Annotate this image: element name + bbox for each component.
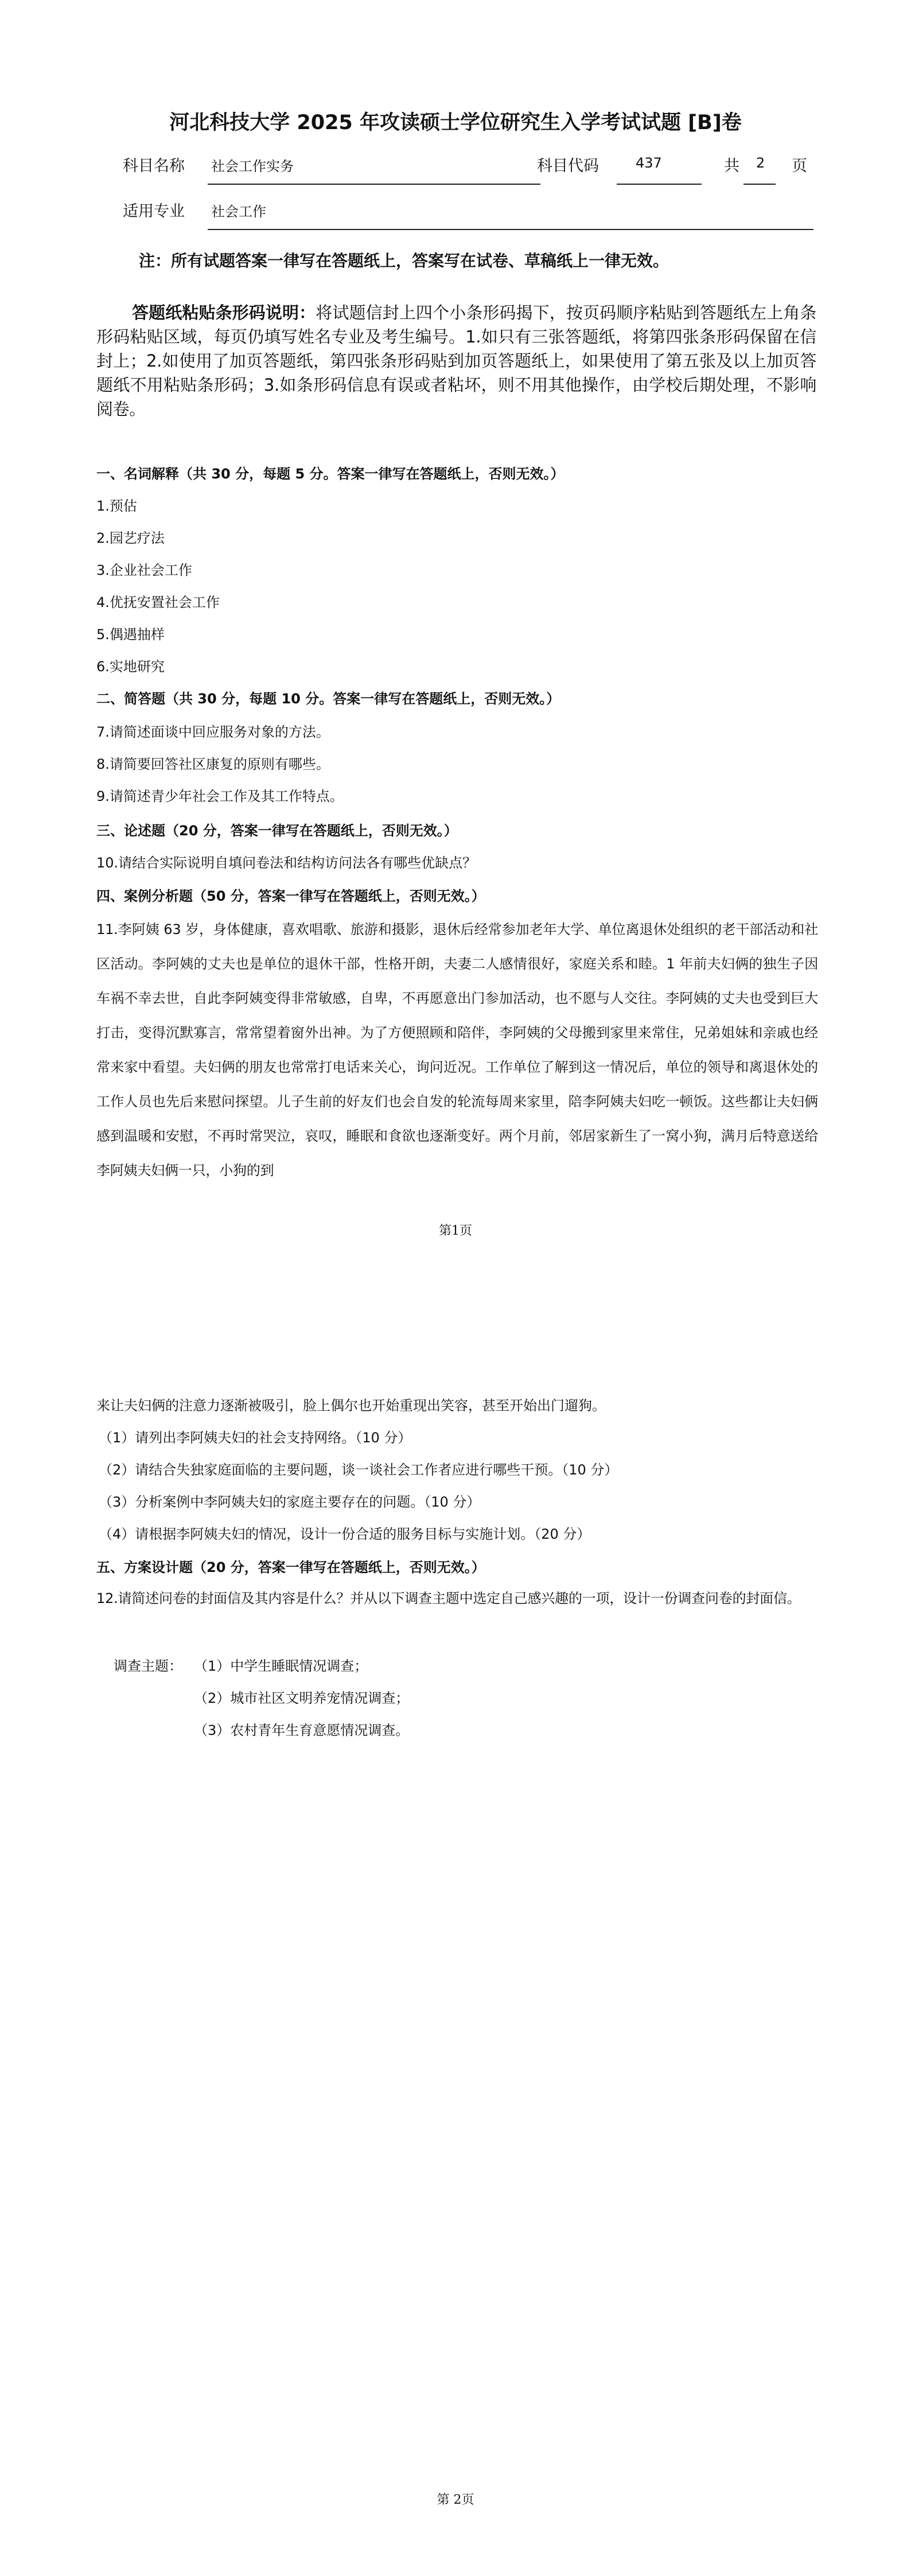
survey-topic-item: （1）中学生睡眠情况调查； — [194, 1655, 368, 1675]
survey-topic-item: （2）城市社区文明养宠情况调查； — [194, 1687, 409, 1707]
survey-topics-label: 调查主题： — [114, 1655, 182, 1675]
short-answer-item: 8.请简要回答社区康复的原则有哪些。 — [96, 753, 330, 773]
case-subquestion: （1）请列出李阿姨夫妇的社会支持网络。（10 分） — [99, 1426, 411, 1446]
barcode-heading: 答题纸粘贴条形码说明： — [132, 303, 316, 322]
section-5-heading: 五、方案设计题（20 分，答案一律写在答题纸上，否则无效。） — [96, 1556, 485, 1576]
case-subquestion: （4）请根据李阿姨夫妇的情况，设计一份合适的服务目标与实施计划。（20 分） — [99, 1523, 590, 1543]
short-answer-item: 7.请简述面谈中回应服务对象的方法。 — [96, 721, 330, 741]
case-subquestion: （3）分析案例中李阿姨夫妇的家庭主要存在的问题。（10 分） — [99, 1491, 480, 1511]
case-paragraph-page2: 来让夫妇俩的注意力逐渐被吸引，脸上偶尔也开始重现出笑容，甚至开始出门遛狗。 — [96, 1394, 606, 1414]
short-answer-item: 9.请简述青少年社会工作及其工作特点。 — [96, 785, 344, 805]
term-item: 4.优抚安置社会工作 — [96, 591, 220, 611]
page-number-1: 第1页 — [0, 1221, 911, 1239]
section-3-heading: 三、论述题（20 分，答案一律写在答题纸上，否则无效。） — [96, 819, 458, 839]
section-4-heading: 四、案例分析题（50 分，答案一律写在答题纸上，否则无效。） — [96, 885, 485, 905]
term-item: 1.预估 — [96, 495, 137, 515]
total-pages-prefix: 共 — [724, 153, 739, 176]
term-item: 3.企业社会工作 — [96, 559, 192, 579]
subject-code-underline — [617, 184, 702, 185]
major-underline — [208, 229, 813, 230]
section-1-heading: 一、名词解释（共 30 分，每题 5 分。答案一律写在答题纸上，否则无效。） — [96, 462, 564, 482]
answer-note: 注：所有试题答案一律写在答题纸上，答案写在试卷、草稿纸上一律无效。 — [139, 248, 669, 271]
page-number-2: 第 2页 — [0, 2490, 911, 2508]
exam-title: 河北科技大学 2025 年攻读硕士学位研究生入学考试试题 [B]卷 — [0, 107, 911, 135]
essay-item: 10.请结合实际说明自填问卷法和结构访问法各有哪些优缺点？ — [96, 851, 476, 871]
term-item: 5.偶遇抽样 — [96, 623, 165, 643]
major-label: 适用专业 — [123, 199, 185, 221]
term-item: 6.实地研究 — [96, 655, 165, 675]
subject-code-value: 437 — [636, 155, 662, 171]
major-value: 社会工作 — [211, 200, 266, 220]
total-pages-value: 2 — [756, 155, 765, 171]
term-item: 2.园艺疗法 — [96, 527, 165, 547]
section-2-heading: 二、简答题（共 30 分，每题 10 分。答案一律写在答题纸上，否则无效。） — [96, 687, 560, 707]
subject-name-value: 社会工作实务 — [211, 155, 294, 175]
survey-topic-item: （3）农村青年生育意愿情况调查。 — [194, 1719, 409, 1739]
design-question: 12.请简述问卷的封面信及其内容是什么？并从以下调查主题中选定自己感兴趣的一项，… — [96, 1581, 818, 1616]
barcode-instructions: 答题纸粘贴条形码说明：将试题信封上四个小条形码揭下，按页码顺序粘贴到答题纸左上角… — [96, 301, 816, 421]
case-paragraph-page1: 11.李阿姨 63 岁，身体健康，喜欢唱歌、旅游和摄影，退休后经常参加老年大学、… — [96, 912, 818, 1188]
total-pages-suffix: 页 — [792, 153, 807, 176]
total-pages-underline — [743, 184, 776, 185]
case-subquestion: （2）请结合失独家庭面临的主要问题，谈一谈社会工作者应进行哪些干预。（10 分） — [99, 1458, 618, 1478]
subject-name-underline — [208, 184, 540, 185]
subject-code-label: 科目代码 — [537, 153, 599, 176]
subject-name-label: 科目名称 — [123, 153, 185, 176]
